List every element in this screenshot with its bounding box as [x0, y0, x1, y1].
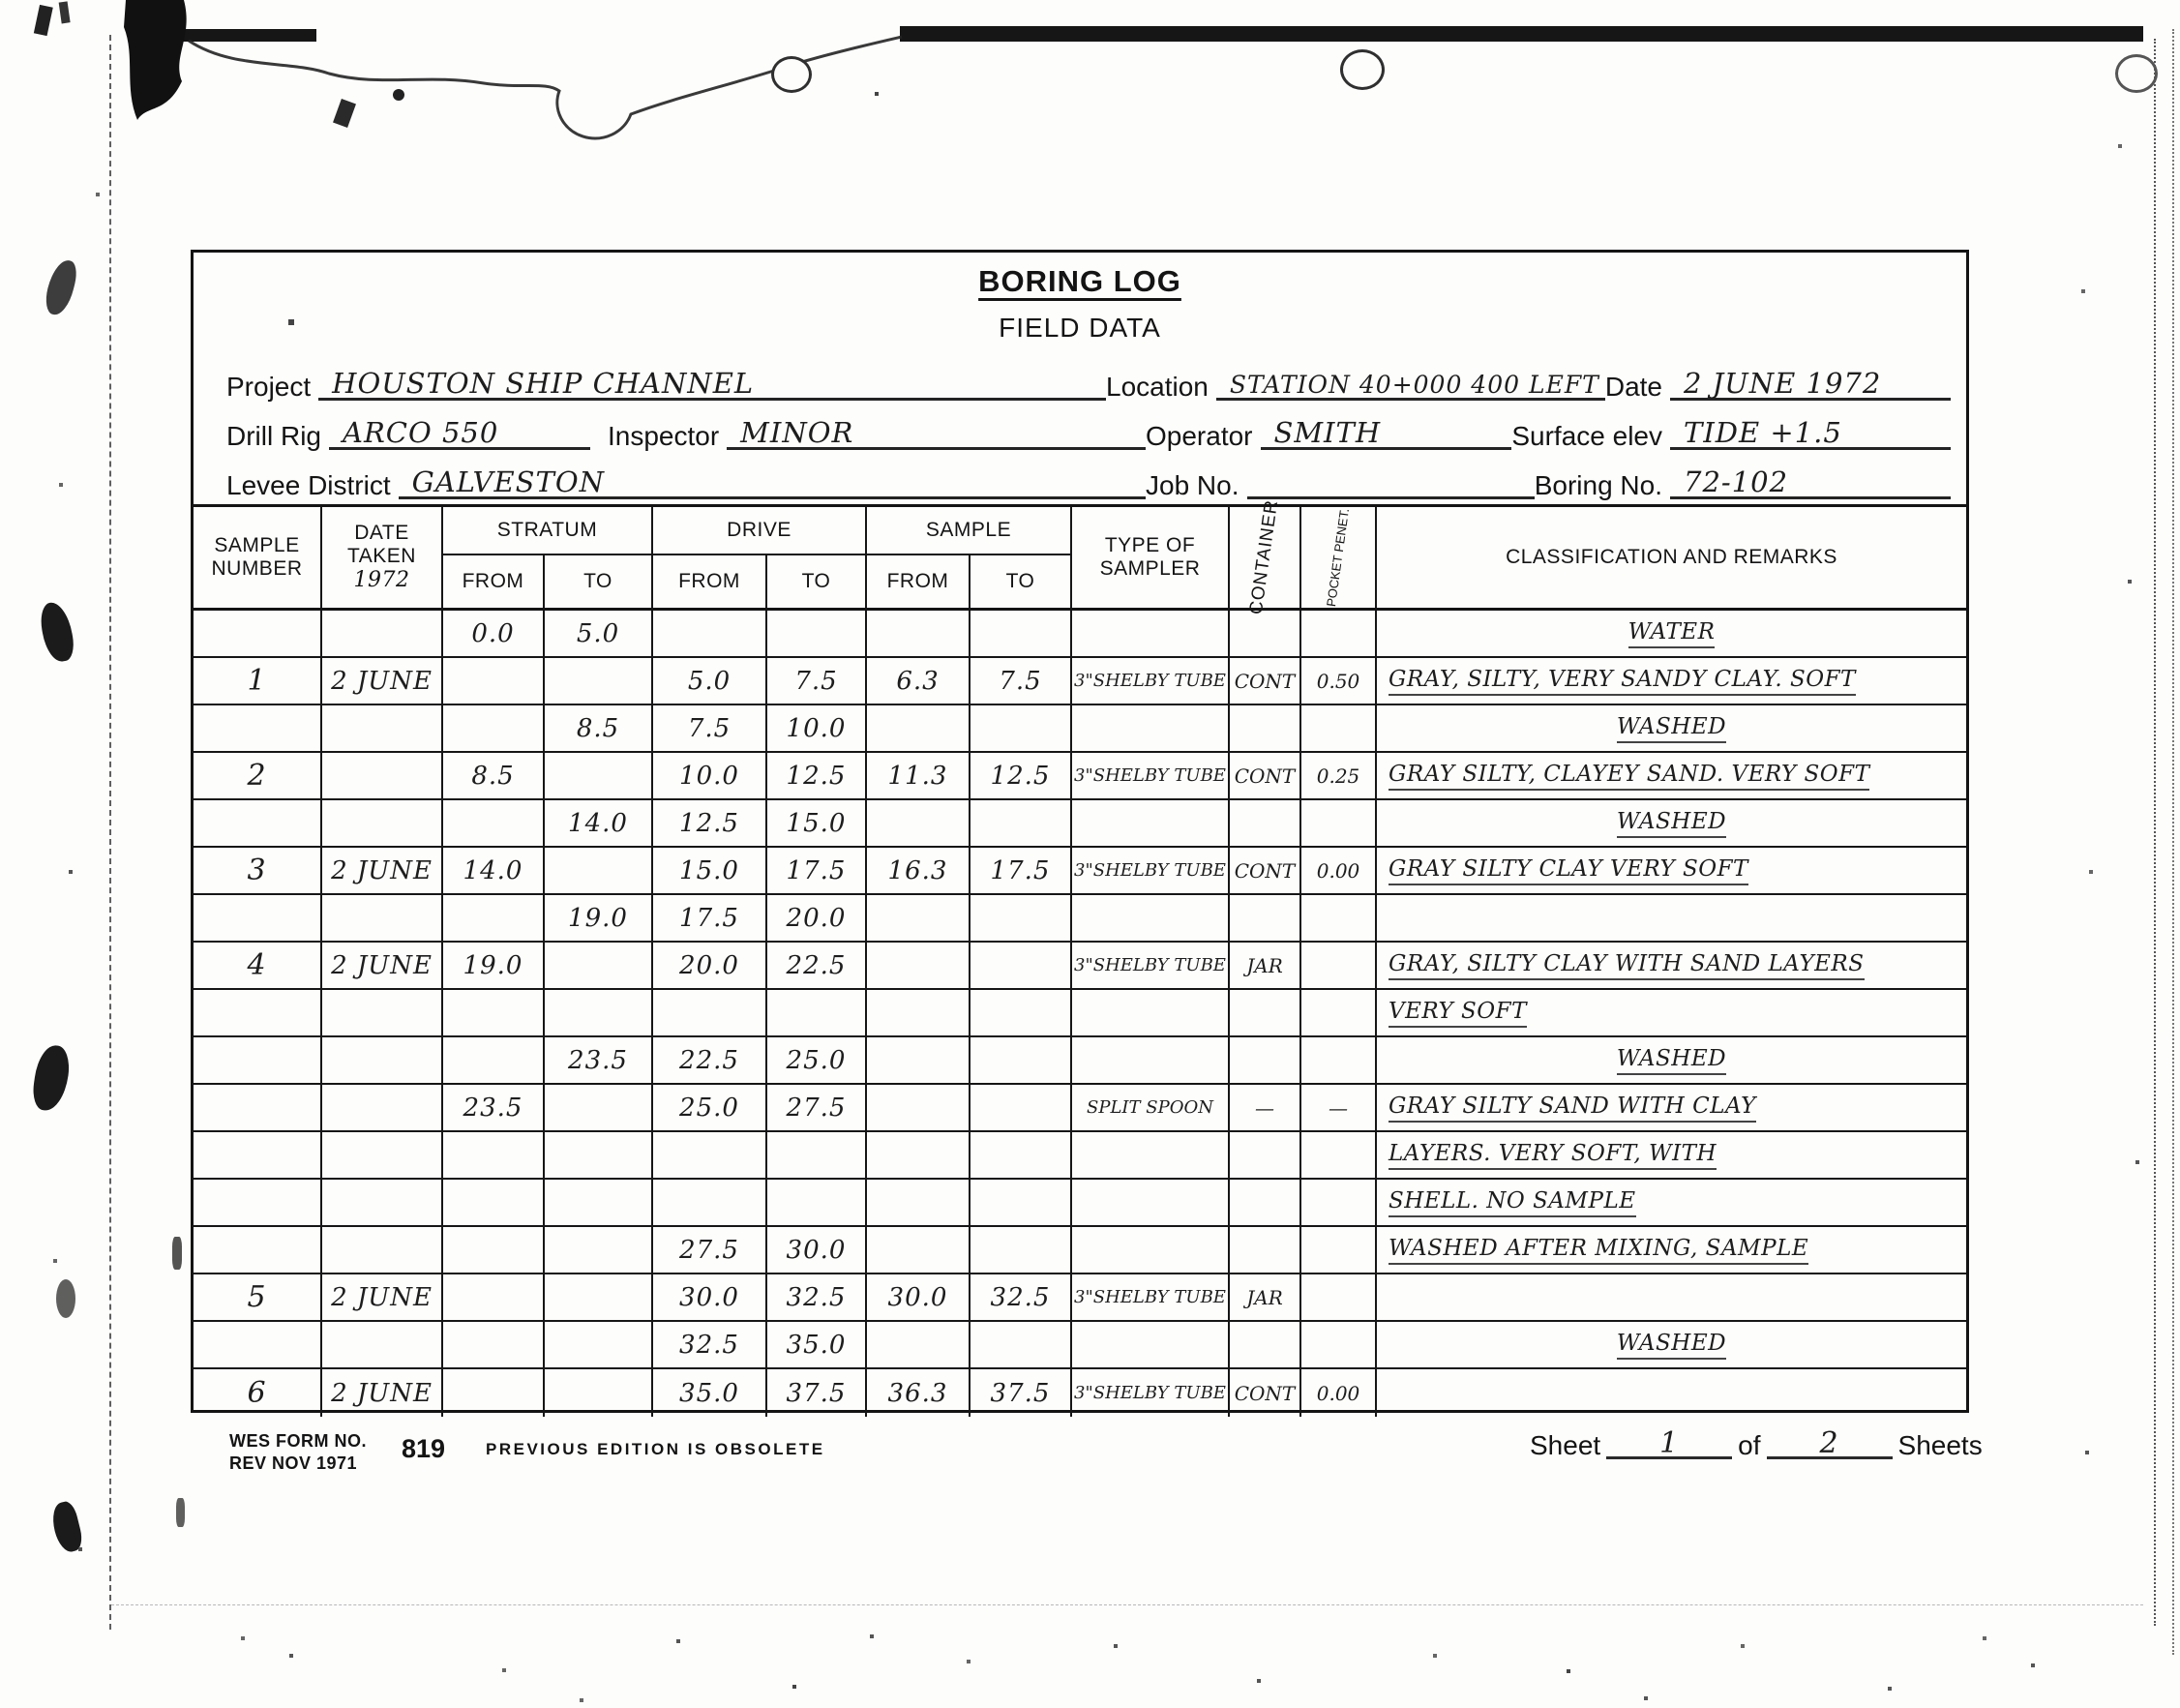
header-type-of-sampler: TYPE OF SAMPLER — [1072, 507, 1230, 608]
handwritten-value: JAR — [1246, 954, 1283, 977]
header-text: TAKEN — [347, 545, 416, 568]
header-text: FROM — [678, 570, 740, 593]
handwritten-value: 3"SHELBY TUBE — [1074, 860, 1226, 881]
cell-drive-from — [653, 1132, 767, 1178]
cell-container: JAR — [1230, 1274, 1301, 1320]
cell-sampler — [1072, 990, 1230, 1035]
handwritten-value: 3"SHELBY TUBE — [1074, 955, 1226, 975]
cell-sample-to — [971, 1085, 1072, 1130]
cell-sample-to: 12.5 — [971, 753, 1072, 798]
handwritten-value: 20.0 — [787, 904, 847, 933]
header-stratum-group: STRATUM — [443, 507, 653, 555]
form-number: 819 — [402, 1434, 445, 1464]
cell-drive-from — [653, 1180, 767, 1225]
handwritten-value: 19.0 — [568, 904, 628, 933]
cell-sample-from — [867, 1085, 971, 1130]
cell-drive-from: 15.0 — [653, 848, 767, 893]
surface-elev-handwriting: TIDE +1.5 — [1684, 418, 1842, 447]
cell-stratum-to — [545, 1180, 653, 1225]
header-text: FROM — [887, 570, 949, 593]
cell-remarks: WASHED — [1377, 800, 1966, 846]
table-row: 23.525.027.5SPLIT SPOON——GRAY SILTY SAND… — [194, 1085, 1966, 1132]
header-text: SAMPLE — [926, 519, 1011, 542]
cell-sampler — [1072, 1227, 1230, 1273]
sheets-total-blank: 2 — [1767, 1430, 1893, 1459]
cell-sample — [194, 611, 322, 656]
cell-stratum-from — [443, 658, 545, 704]
sheet-label: Sheet — [1524, 1432, 1606, 1459]
cell-stratum-to — [545, 658, 653, 704]
cell-sampler — [1072, 1037, 1230, 1083]
handwritten-value: 12.5 — [679, 809, 739, 838]
cell-sample — [194, 1322, 322, 1367]
header-text: STRATUM — [497, 519, 597, 542]
cell-sample-from: 30.0 — [867, 1274, 971, 1320]
cell-date — [322, 1180, 443, 1225]
cell-stratum-to — [545, 1227, 653, 1273]
handwritten-value: 25.0 — [787, 1046, 847, 1075]
handwritten-value: 23.5 — [463, 1094, 523, 1123]
handwritten-value: 2 JUNE — [331, 951, 433, 980]
cell-sample — [194, 1085, 322, 1130]
operator-handwriting: SMITH — [1274, 418, 1382, 447]
cell-stratum-to — [545, 990, 653, 1035]
cell-stratum-to — [545, 1322, 653, 1367]
cell-penet — [1301, 1274, 1377, 1320]
surface-elev-value: TIDE +1.5 — [1670, 417, 1951, 450]
header-text: DRIVE — [727, 519, 791, 542]
sheet-counter: Sheet 1 of 2 Sheets — [1524, 1430, 1988, 1459]
sheets-total-handwriting: 2 — [1819, 1430, 1838, 1456]
cell-penet — [1301, 1037, 1377, 1083]
sheets-label: Sheets — [1893, 1432, 1988, 1459]
cell-sample-from — [867, 1037, 971, 1083]
cell-remarks: GRAY, SILTY, VERY SANDY CLAY. SOFT — [1377, 658, 1966, 704]
cell-date — [322, 611, 443, 656]
handwritten-value: 17.5 — [679, 904, 739, 933]
cell-stratum-from: 14.0 — [443, 848, 545, 893]
handwritten-value: GRAY, SILTY, VERY SANDY CLAY. SOFT — [1389, 667, 1856, 696]
header-year-handwriting: 1972 — [354, 568, 410, 592]
cell-drive-from: 35.0 — [653, 1369, 767, 1417]
cell-stratum-to — [545, 1132, 653, 1178]
table-row: 0.05.0WATER — [194, 611, 1966, 658]
header-text: TYPE OF — [1105, 534, 1195, 557]
cell-stratum-from — [443, 1037, 545, 1083]
cell-date — [322, 1085, 443, 1130]
cell-sample-to — [971, 1180, 1072, 1225]
header-row-3: Levee District GALVESTON Job No. Boring … — [226, 450, 1951, 499]
cell-drive-from: 27.5 — [653, 1227, 767, 1273]
cell-drive-to — [767, 1132, 867, 1178]
ink-smudge — [56, 1279, 75, 1318]
cell-sample-to: 17.5 — [971, 848, 1072, 893]
handwritten-value: 3"SHELBY TUBE — [1074, 671, 1226, 691]
cell-stratum-to — [545, 1369, 653, 1417]
cell-penet: 0.25 — [1301, 753, 1377, 798]
cell-stratum-to: 8.5 — [545, 705, 653, 751]
cell-remarks: WASHED AFTER MIXING, SAMPLE — [1377, 1227, 1966, 1273]
cell-sampler: 3"SHELBY TUBE — [1072, 1369, 1230, 1417]
cell-sampler — [1072, 1132, 1230, 1178]
cell-sample-from — [867, 1180, 971, 1225]
cell-sampler — [1072, 800, 1230, 846]
cell-stratum-from — [443, 800, 545, 846]
header-text-vertical: POCKET PENET. — [1324, 507, 1352, 607]
handwritten-value: SPLIT SPOON — [1087, 1097, 1213, 1118]
cell-container — [1230, 1132, 1301, 1178]
header-pocket-penet: POCKET PENET. — [1301, 507, 1377, 608]
cell-sample-to — [971, 611, 1072, 656]
cell-drive-to: 17.5 — [767, 848, 867, 893]
handwritten-value: — — [1329, 1096, 1348, 1120]
handwritten-value: 2 JUNE — [331, 667, 433, 696]
handwritten-value: 30.0 — [679, 1283, 739, 1312]
ink-smudge — [48, 1500, 85, 1555]
cell-sample — [194, 1132, 322, 1178]
cell-sample-from — [867, 705, 971, 751]
handwritten-value: VERY SOFT — [1389, 999, 1527, 1028]
table-row: 14.012.515.0WASHED — [194, 800, 1966, 848]
cell-remarks — [1377, 895, 1966, 941]
cell-remarks: WASHED — [1377, 1322, 1966, 1367]
cell-date: 2 JUNE — [322, 1274, 443, 1320]
cell-stratum-from: 0.0 — [443, 611, 545, 656]
cell-stratum-from — [443, 1132, 545, 1178]
handwritten-value: CONT — [1235, 670, 1296, 693]
handwritten-value: 12.5 — [787, 762, 847, 791]
cell-stratum-to — [545, 848, 653, 893]
handwritten-value: 3"SHELBY TUBE — [1074, 1383, 1226, 1403]
handwritten-value: WATER — [1628, 619, 1716, 648]
cell-sample-from — [867, 1132, 971, 1178]
cell-stratum-to: 5.0 — [545, 611, 653, 656]
handwritten-value: 32.5 — [679, 1331, 739, 1360]
handwritten-value: WASHED — [1617, 714, 1726, 743]
cell-remarks — [1377, 1369, 1966, 1417]
cell-stratum-from — [443, 895, 545, 941]
operator-label: Operator — [1146, 423, 1261, 450]
header-fields: Project HOUSTON SHIP CHANNEL Location ST… — [226, 351, 1951, 499]
cell-sample-from — [867, 800, 971, 846]
cell-drive-from: 12.5 — [653, 800, 767, 846]
header-text: DATE — [354, 522, 408, 545]
cell-sample — [194, 990, 322, 1035]
cell-sample-from — [867, 990, 971, 1035]
cell-sampler: 3"SHELBY TUBE — [1072, 943, 1230, 988]
cell-date — [322, 1037, 443, 1083]
cell-container — [1230, 990, 1301, 1035]
scan-noise — [0, 0, 2, 2]
header-drive-to: TO — [767, 555, 867, 608]
handwritten-value: 2 JUNE — [331, 856, 433, 885]
cell-penet — [1301, 1132, 1377, 1178]
header-text: TO — [583, 570, 612, 593]
cell-penet — [1301, 895, 1377, 941]
table-row: LAYERS. VERY SOFT, WITH — [194, 1132, 1966, 1180]
scan-tear-artifact — [0, 0, 2180, 174]
cell-date — [322, 800, 443, 846]
cell-sample-to: 32.5 — [971, 1274, 1072, 1320]
cell-sample-from: 6.3 — [867, 658, 971, 704]
table-row: 52 JUNE30.032.530.032.53"SHELBY TUBEJAR — [194, 1274, 1966, 1322]
project-label: Project — [226, 374, 318, 401]
cell-drive-to: 27.5 — [767, 1085, 867, 1130]
cell-stratum-to: 19.0 — [545, 895, 653, 941]
levee-district-label: Levee District — [226, 472, 399, 499]
handwritten-value: 30.0 — [787, 1236, 847, 1265]
cell-date — [322, 1132, 443, 1178]
cell-date: 2 JUNE — [322, 658, 443, 704]
handwritten-value: 36.3 — [888, 1379, 948, 1408]
cell-sampler: 3"SHELBY TUBE — [1072, 1274, 1230, 1320]
handwritten-value: CONT — [1235, 1382, 1296, 1405]
cell-sample-to: 37.5 — [971, 1369, 1072, 1417]
header-date-taken: DATE TAKEN 1972 — [322, 507, 443, 608]
cell-stratum-from: 8.5 — [443, 753, 545, 798]
cell-remarks: VERY SOFT — [1377, 990, 1966, 1035]
handwritten-value: 0.50 — [1317, 670, 1360, 693]
cell-stratum-from — [443, 1180, 545, 1225]
handwritten-value: 35.0 — [787, 1331, 847, 1360]
cell-sampler: 3"SHELBY TUBE — [1072, 658, 1230, 704]
cell-stratum-from: 19.0 — [443, 943, 545, 988]
cell-sample — [194, 705, 322, 751]
cell-sample-to — [971, 1132, 1072, 1178]
cell-stratum-from — [443, 1274, 545, 1320]
date-value: 2 JUNE 1972 — [1670, 368, 1951, 401]
handwritten-value: JAR — [1246, 1286, 1283, 1309]
project-value: HOUSTON SHIP CHANNEL — [318, 368, 1106, 401]
cell-sample-to — [971, 990, 1072, 1035]
cell-sample: 1 — [194, 658, 322, 704]
cell-sample-from — [867, 611, 971, 656]
levee-district-value: GALVESTON — [399, 466, 1146, 499]
cell-sample-to — [971, 1227, 1072, 1273]
form-title-block: BORING LOG FIELD DATA — [194, 264, 1966, 344]
cell-sampler — [1072, 1180, 1230, 1225]
cell-sample-from: 36.3 — [867, 1369, 971, 1417]
header-drive-group: DRIVE — [653, 507, 867, 555]
job-no-value — [1247, 466, 1535, 499]
header-text: FROM — [463, 570, 524, 593]
handwritten-value: 16.3 — [888, 856, 948, 885]
handwritten-value: 23.5 — [568, 1046, 628, 1075]
levee-district-handwriting: GALVESTON — [412, 467, 605, 496]
cell-stratum-to — [545, 943, 653, 988]
cell-penet — [1301, 800, 1377, 846]
cell-container — [1230, 1227, 1301, 1273]
handwritten-value: 8.5 — [471, 762, 514, 791]
handwritten-value: 5.0 — [688, 667, 731, 696]
cell-sample-from — [867, 943, 971, 988]
cell-date — [322, 1227, 443, 1273]
form-number-block: WES FORM NO. REV NOV 1971 — [229, 1430, 367, 1474]
cell-sample-to — [971, 1037, 1072, 1083]
cell-sample-from — [867, 1322, 971, 1367]
drill-rig-value: ARCO 550 — [329, 417, 590, 450]
sheet-number-blank: 1 — [1606, 1430, 1732, 1459]
cell-container — [1230, 1322, 1301, 1367]
table-row: 12 JUNE5.07.56.37.53"SHELBY TUBECONT0.50… — [194, 658, 1966, 705]
header-row-1: Project HOUSTON SHIP CHANNEL Location ST… — [226, 351, 1951, 401]
cell-sample-from — [867, 895, 971, 941]
handwritten-value: 5 — [247, 1280, 266, 1314]
cell-stratum-from — [443, 990, 545, 1035]
cell-date: 2 JUNE — [322, 943, 443, 988]
cell-drive-to: 30.0 — [767, 1227, 867, 1273]
cell-sample — [194, 1227, 322, 1273]
table-row: 19.017.520.0 — [194, 895, 1966, 943]
cell-drive-to: 20.0 — [767, 895, 867, 941]
cell-date — [322, 990, 443, 1035]
cell-sample-to: 7.5 — [971, 658, 1072, 704]
form-title: BORING LOG — [194, 264, 1966, 299]
cell-sampler: SPLIT SPOON — [1072, 1085, 1230, 1130]
cell-penet: — — [1301, 1085, 1377, 1130]
ink-smudge — [172, 1237, 182, 1270]
cell-sample — [194, 1180, 322, 1225]
cell-penet: 0.50 — [1301, 658, 1377, 704]
inspector-label: Inspector — [590, 423, 727, 450]
cell-container — [1230, 895, 1301, 941]
cell-sample-from: 11.3 — [867, 753, 971, 798]
cell-drive-from: 22.5 — [653, 1037, 767, 1083]
cell-sample-to — [971, 705, 1072, 751]
surface-elev-label: Surface elev — [1511, 423, 1670, 450]
cell-drive-from: 5.0 — [653, 658, 767, 704]
location-label: Location — [1106, 374, 1216, 401]
handwritten-value: WASHED AFTER MIXING, SAMPLE — [1389, 1236, 1808, 1265]
handwritten-value: 2 — [247, 759, 266, 793]
hole-punch-icon — [2115, 54, 2158, 93]
cell-drive-to: 7.5 — [767, 658, 867, 704]
handwritten-value: 35.0 — [679, 1379, 739, 1408]
handwritten-value: 5.0 — [577, 619, 619, 648]
cell-drive-to — [767, 990, 867, 1035]
header-sample-from: FROM — [867, 555, 971, 608]
cell-sample — [194, 800, 322, 846]
handwritten-value: 1 — [247, 664, 266, 698]
cell-penet — [1301, 611, 1377, 656]
cell-drive-to: 12.5 — [767, 753, 867, 798]
cell-drive-to — [767, 1180, 867, 1225]
location-value: STATION 40+000 400 LEFT — [1216, 368, 1605, 401]
cell-drive-to: 15.0 — [767, 800, 867, 846]
cell-penet — [1301, 1227, 1377, 1273]
cell-drive-from — [653, 611, 767, 656]
sheet-number-handwriting: 1 — [1659, 1430, 1679, 1456]
cell-remarks: GRAY SILTY, CLAYEY SAND. VERY SOFT — [1377, 753, 1966, 798]
handwritten-value: 6.3 — [896, 667, 939, 696]
cell-sample-to — [971, 895, 1072, 941]
cell-container: CONT — [1230, 1369, 1301, 1417]
header-text: SAMPLER — [1100, 557, 1201, 581]
page-bottom-edge — [111, 1604, 2143, 1605]
cell-sampler: 3"SHELBY TUBE — [1072, 848, 1230, 893]
handwritten-value: SHELL. NO SAMPLE — [1389, 1188, 1636, 1217]
cell-drive-to: 22.5 — [767, 943, 867, 988]
cell-sample: 4 — [194, 943, 322, 988]
handwritten-value: 8.5 — [577, 714, 619, 743]
handwritten-value: 10.0 — [787, 714, 847, 743]
cell-sample: 3 — [194, 848, 322, 893]
handwritten-value: 20.0 — [679, 951, 739, 980]
of-label: of — [1732, 1432, 1766, 1459]
binder-edge-dots — [2154, 39, 2156, 1626]
cell-sample-from — [867, 1227, 971, 1273]
form-no-line2: REV NOV 1971 — [229, 1453, 367, 1475]
header-text-vertical: CONTAINER — [1246, 498, 1283, 615]
handwritten-value: WASHED — [1617, 809, 1726, 838]
cell-stratum-to — [545, 1085, 653, 1130]
handwritten-value: 37.5 — [787, 1379, 847, 1408]
table-row: 32.535.0WASHED — [194, 1322, 1966, 1369]
cell-drive-to: 35.0 — [767, 1322, 867, 1367]
table-header: SAMPLE NUMBER DATE TAKEN 1972 STRATUM FR… — [194, 507, 1966, 611]
cell-remarks: WASHED — [1377, 1037, 1966, 1083]
handwritten-value: 7.5 — [999, 667, 1041, 696]
cell-drive-to — [767, 611, 867, 656]
header-drive-from: FROM — [653, 555, 767, 608]
cell-drive-from: 17.5 — [653, 895, 767, 941]
obsolete-note: PREVIOUS EDITION IS OBSOLETE — [486, 1440, 825, 1459]
cell-penet — [1301, 705, 1377, 751]
job-no-label: Job No. — [1146, 472, 1247, 499]
scanned-boring-log-page: { "title": { "line1": "BORING LOG", "lin… — [0, 0, 2180, 1708]
cell-penet: 0.00 — [1301, 1369, 1377, 1417]
date-label: Date — [1605, 374, 1670, 401]
cell-drive-from: 20.0 — [653, 943, 767, 988]
header-row-2: Drill Rig ARCO 550 Inspector MINOR Opera… — [226, 401, 1951, 450]
handwritten-value: 2 JUNE — [331, 1379, 433, 1408]
operator-value: SMITH — [1261, 417, 1512, 450]
handwritten-value: 2 JUNE — [331, 1283, 433, 1312]
field-data-table: SAMPLE NUMBER DATE TAKEN 1972 STRATUM FR… — [194, 504, 1966, 1410]
location-handwriting: STATION 40+000 400 LEFT — [1230, 373, 1599, 398]
project-handwriting: HOUSTON SHIP CHANNEL — [332, 369, 754, 398]
header-classification: CLASSIFICATION AND REMARKS — [1377, 507, 1966, 608]
table-row: SHELL. NO SAMPLE — [194, 1180, 1966, 1227]
cell-drive-to: 32.5 — [767, 1274, 867, 1320]
handwritten-value: 0.0 — [471, 619, 514, 648]
cell-remarks: WATER — [1377, 611, 1966, 656]
cell-sampler — [1072, 895, 1230, 941]
cell-container — [1230, 1180, 1301, 1225]
handwritten-value: 17.5 — [991, 856, 1051, 885]
handwritten-value: GRAY SILTY, CLAYEY SAND. VERY SOFT — [1389, 762, 1869, 791]
header-text: NUMBER — [211, 557, 302, 581]
cell-stratum-to: 23.5 — [545, 1037, 653, 1083]
cell-drive-from — [653, 990, 767, 1035]
cell-stratum-from: 23.5 — [443, 1085, 545, 1130]
cell-sample-from: 16.3 — [867, 848, 971, 893]
handwritten-value: 15.0 — [787, 809, 847, 838]
form-subtitle: FIELD DATA — [194, 313, 1966, 344]
cell-sampler: 3"SHELBY TUBE — [1072, 753, 1230, 798]
cell-sample-to — [971, 1322, 1072, 1367]
form-no-line1: WES FORM NO. — [229, 1430, 367, 1453]
cell-penet — [1301, 990, 1377, 1035]
cell-stratum-from — [443, 705, 545, 751]
cell-container: CONT — [1230, 753, 1301, 798]
handwritten-value: 32.5 — [991, 1283, 1051, 1312]
handwritten-value: 17.5 — [787, 856, 847, 885]
ink-smudge — [30, 1043, 72, 1113]
binder-edge-dots — [2172, 29, 2174, 1655]
header-text: TO — [802, 570, 831, 593]
cell-stratum-from — [443, 1227, 545, 1273]
